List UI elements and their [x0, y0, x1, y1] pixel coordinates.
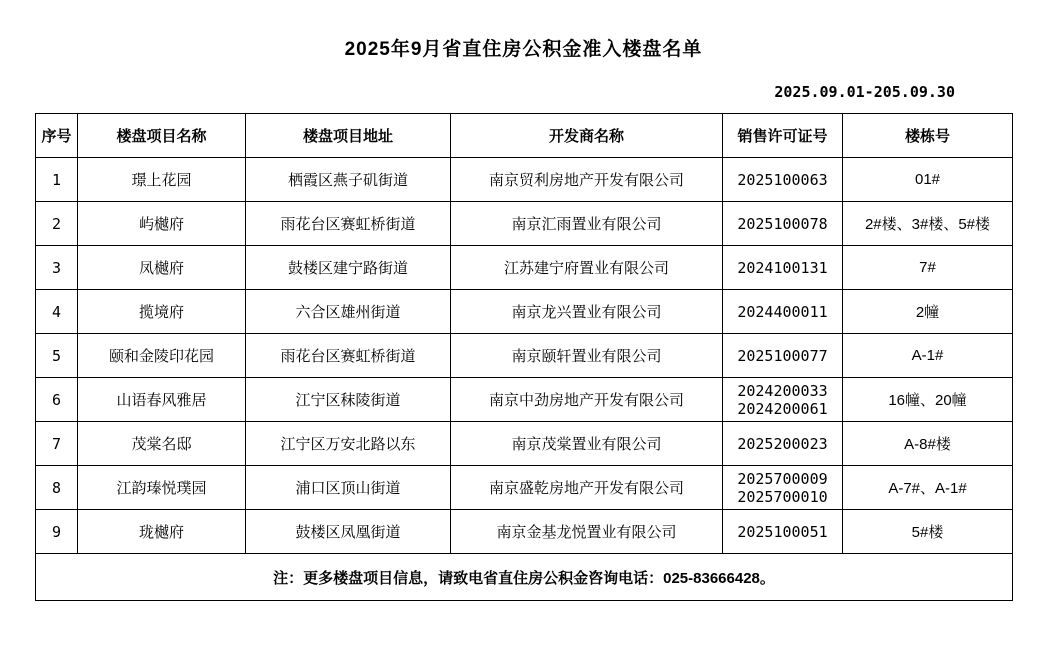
cell-address: 栖霞区燕子矶街道	[246, 158, 451, 202]
table-row: 7 茂棠名邸 江宁区万安北路以东 南京茂棠置业有限公司 2025200023 A…	[36, 422, 1013, 466]
cell-buildings: A-8#楼	[843, 422, 1013, 466]
cell-buildings: A-7#、A-1#	[843, 466, 1013, 510]
cell-buildings: 2#楼、3#楼、5#楼	[843, 202, 1013, 246]
cell-project: 揽境府	[78, 290, 246, 334]
cell-seq: 2	[36, 202, 78, 246]
table-row: 9 珑樾府 鼓楼区凤凰街道 南京金基龙悦置业有限公司 2025100051 5#…	[36, 510, 1013, 554]
header-address: 楼盘项目地址	[246, 114, 451, 158]
cell-address: 鼓楼区建宁路街道	[246, 246, 451, 290]
cell-developer: 南京龙兴置业有限公司	[451, 290, 723, 334]
cell-developer: 南京金基龙悦置业有限公司	[451, 510, 723, 554]
date-range: 2025.09.01-205.09.30	[0, 83, 955, 101]
cell-license: 2024200033 2024200061	[723, 378, 843, 422]
table-row: 6 山语春风雅居 江宁区秣陵街道 南京中劲房地产开发有限公司 202420003…	[36, 378, 1013, 422]
table-row: 1 璟上花园 栖霞区燕子矶街道 南京贸利房地产开发有限公司 2025100063…	[36, 158, 1013, 202]
cell-seq: 3	[36, 246, 78, 290]
cell-buildings: 2幢	[843, 290, 1013, 334]
cell-developer: 南京汇雨置业有限公司	[451, 202, 723, 246]
cell-developer: 南京颐轩置业有限公司	[451, 334, 723, 378]
cell-license: 2025700009 2025700010	[723, 466, 843, 510]
cell-address: 浦口区顶山街道	[246, 466, 451, 510]
cell-license: 2025100051	[723, 510, 843, 554]
header-seq: 序号	[36, 114, 78, 158]
cell-seq: 8	[36, 466, 78, 510]
header-project: 楼盘项目名称	[78, 114, 246, 158]
cell-seq: 7	[36, 422, 78, 466]
projects-table: 序号 楼盘项目名称 楼盘项目地址 开发商名称 销售许可证号 楼栋号 1 璟上花园…	[35, 113, 1013, 601]
cell-developer: 南京茂棠置业有限公司	[451, 422, 723, 466]
cell-license: 2025100063	[723, 158, 843, 202]
cell-license: 2025100077	[723, 334, 843, 378]
cell-address: 江宁区万安北路以东	[246, 422, 451, 466]
cell-license: 2024400011	[723, 290, 843, 334]
cell-project: 屿樾府	[78, 202, 246, 246]
cell-buildings: 16幢、20幢	[843, 378, 1013, 422]
note-row: 注：更多楼盘项目信息，请致电省直住房公积金咨询电话：025-83666428。	[36, 554, 1013, 601]
cell-developer: 南京盛乾房地产开发有限公司	[451, 466, 723, 510]
cell-project: 珑樾府	[78, 510, 246, 554]
cell-seq: 5	[36, 334, 78, 378]
cell-license: 2025200023	[723, 422, 843, 466]
table-row: 8 江韵瑧悦璞园 浦口区顶山街道 南京盛乾房地产开发有限公司 202570000…	[36, 466, 1013, 510]
cell-buildings: 7#	[843, 246, 1013, 290]
cell-developer: 南京贸利房地产开发有限公司	[451, 158, 723, 202]
cell-buildings: A-1#	[843, 334, 1013, 378]
document-page: 2025年9月省直住房公积金准入楼盘名单 2025.09.01-205.09.3…	[0, 0, 1047, 649]
cell-address: 六合区雄州街道	[246, 290, 451, 334]
table-row: 4 揽境府 六合区雄州街道 南京龙兴置业有限公司 2024400011 2幢	[36, 290, 1013, 334]
cell-project: 山语春风雅居	[78, 378, 246, 422]
cell-project: 江韵瑧悦璞园	[78, 466, 246, 510]
footer-note: 注：更多楼盘项目信息，请致电省直住房公积金咨询电话：025-83666428。	[36, 554, 1013, 601]
cell-seq: 9	[36, 510, 78, 554]
cell-developer: 江苏建宁府置业有限公司	[451, 246, 723, 290]
cell-project: 茂棠名邸	[78, 422, 246, 466]
header-developer: 开发商名称	[451, 114, 723, 158]
table-row: 3 凤樾府 鼓楼区建宁路街道 江苏建宁府置业有限公司 2024100131 7#	[36, 246, 1013, 290]
cell-seq: 4	[36, 290, 78, 334]
cell-project: 颐和金陵印花园	[78, 334, 246, 378]
cell-address: 江宁区秣陵街道	[246, 378, 451, 422]
header-building: 楼栋号	[843, 114, 1013, 158]
cell-address: 雨花台区赛虹桥街道	[246, 202, 451, 246]
cell-seq: 1	[36, 158, 78, 202]
cell-seq: 6	[36, 378, 78, 422]
table-header-row: 序号 楼盘项目名称 楼盘项目地址 开发商名称 销售许可证号 楼栋号	[36, 114, 1013, 158]
page-title: 2025年9月省直住房公积金准入楼盘名单	[0, 0, 1047, 61]
cell-buildings: 5#楼	[843, 510, 1013, 554]
cell-address: 雨花台区赛虹桥街道	[246, 334, 451, 378]
cell-project: 璟上花园	[78, 158, 246, 202]
cell-license: 2024100131	[723, 246, 843, 290]
table-row: 2 屿樾府 雨花台区赛虹桥街道 南京汇雨置业有限公司 2025100078 2#…	[36, 202, 1013, 246]
cell-buildings: 01#	[843, 158, 1013, 202]
cell-developer: 南京中劲房地产开发有限公司	[451, 378, 723, 422]
table-row: 5 颐和金陵印花园 雨花台区赛虹桥街道 南京颐轩置业有限公司 202510007…	[36, 334, 1013, 378]
header-license: 销售许可证号	[723, 114, 843, 158]
cell-license: 2025100078	[723, 202, 843, 246]
cell-project: 凤樾府	[78, 246, 246, 290]
cell-address: 鼓楼区凤凰街道	[246, 510, 451, 554]
